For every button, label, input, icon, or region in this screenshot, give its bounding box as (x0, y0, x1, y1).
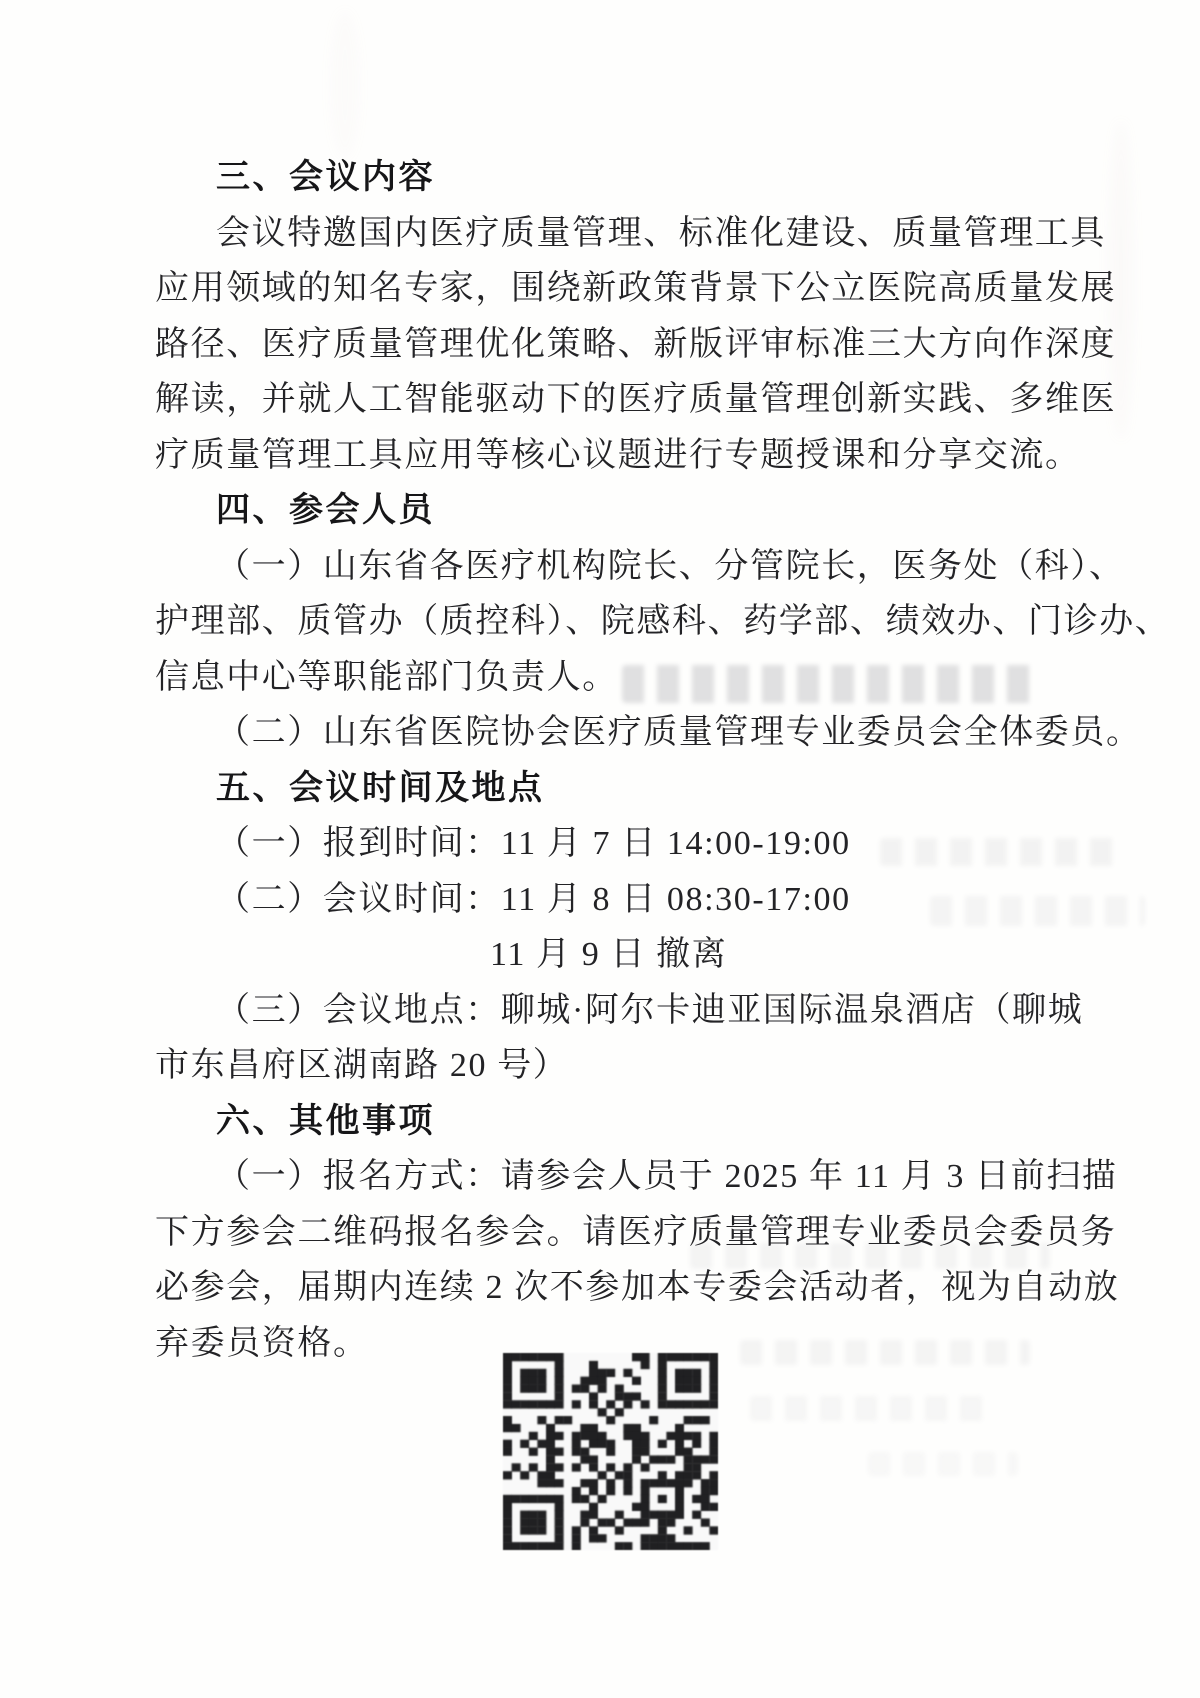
paragraph-line: 疗质量管理工具应用等核心议题进行专题授课和分享交流。 (155, 428, 1165, 484)
document-body: 三、会议内容 会议特邀国内医疗质量管理、标准化建设、质量管理工具 应用领域的知名… (155, 150, 1165, 1371)
showthrough-artifact (750, 1396, 985, 1421)
showthrough-artifact (868, 1452, 1018, 1476)
checkin-time-line: （一）报到时间：11 月 7 日 14:00-19:00 (155, 816, 1165, 872)
scanned-document-page: 三、会议内容 会议特邀国内医疗质量管理、标准化建设、质量管理工具 应用领域的知名… (0, 0, 1200, 1698)
paragraph-line: 护理部、质管办（质控科）、院感科、药学部、绩效办、门诊办、 (155, 594, 1165, 650)
paragraph-line: 下方参会二维码报名参会。请医疗质量管理专业委员会委员务 (155, 1205, 1165, 1261)
section-6-heading: 六、其他事项 (155, 1094, 1165, 1150)
paragraph-line: 必参会，届期内连续 2 次不参加本专委会活动者，视为自动放 (155, 1260, 1165, 1316)
venue-line: （三）会议地点：聊城·阿尔卡迪亚国际温泉酒店（聊城 (155, 983, 1165, 1039)
meeting-time-line: （二）会议时间：11 月 8 日 08:30-17:00 (155, 872, 1165, 928)
paragraph-line: 会议特邀国内医疗质量管理、标准化建设、质量管理工具 (155, 206, 1165, 262)
paragraph-line: （一）山东省各医疗机构院长、分管院长，医务处（科）、 (155, 539, 1165, 595)
paragraph-line: 解读，并就人工智能驱动下的医疗质量管理创新实践、多维医 (155, 372, 1165, 428)
paragraph-line: 路径、医疗质量管理优化策略、新版评审标准三大方向作深度 (155, 317, 1165, 373)
paragraph-line: （一）报名方式：请参会人员于 2025 年 11 月 3 日前扫描 (155, 1149, 1165, 1205)
paragraph-line: （二）山东省医院协会医疗质量管理专业委员会全体委员。 (155, 705, 1165, 761)
qr-code (503, 1353, 718, 1550)
departure-time-line: 11 月 9 日 撤离 (155, 927, 1165, 983)
scan-streak-artifact (330, 10, 360, 160)
paragraph-line: 应用领域的知名专家，围绕新政策背景下公立医院高质量发展 (155, 261, 1165, 317)
section-5-heading: 五、会议时间及地点 (155, 761, 1165, 817)
section-3-heading: 三、会议内容 (155, 150, 1165, 206)
venue-line: 市东昌府区湖南路 20 号） (155, 1038, 1165, 1094)
section-4-heading: 四、参会人员 (155, 483, 1165, 539)
paragraph-line: 信息中心等职能部门负责人。 (155, 650, 1165, 706)
